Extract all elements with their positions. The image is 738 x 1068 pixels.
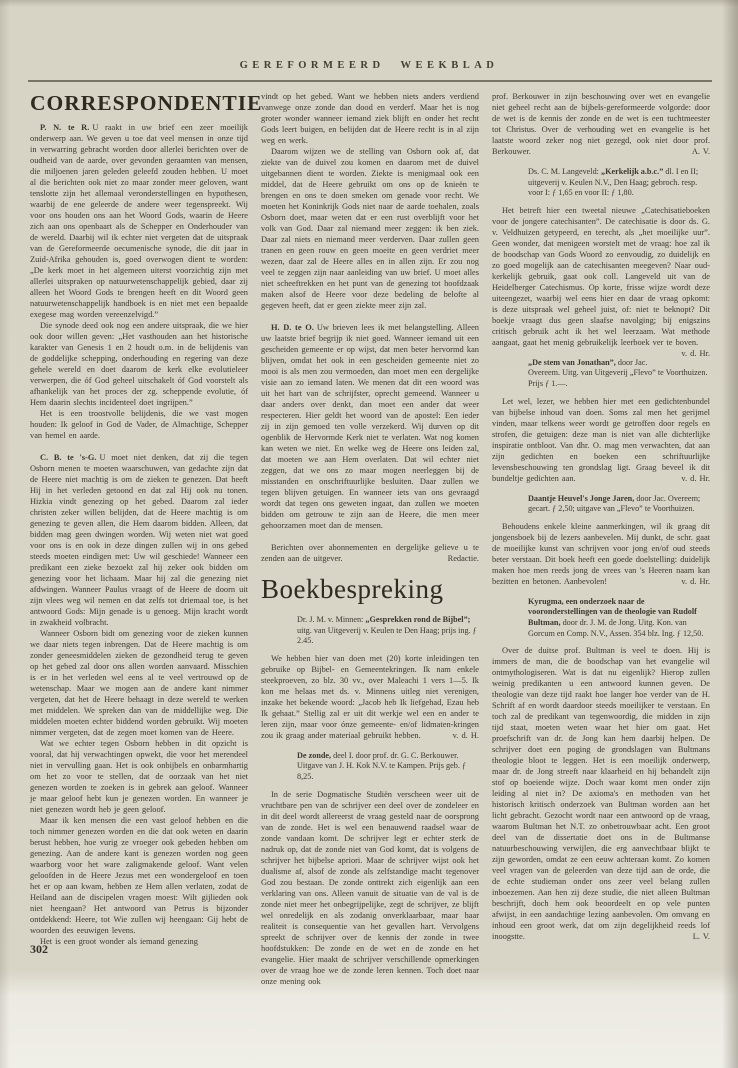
paragraph-text: U moet niet denken, dat zij die tegen Os… [30,453,248,627]
paragraph-text: Daarom wijzen we de stelling van Osborn … [261,147,479,310]
notice-signature: Redactie. [438,553,479,564]
review-header: De zonde, deel I. door prof. dr. G. C. B… [297,751,477,783]
paragraph-text: Die synode deed ook nog een andere uitsp… [30,321,248,407]
paragraph-text: Maar ik ken mensen die een vast geloof h… [30,816,248,935]
review-signature: v. d. Hr. [671,576,710,587]
paragraph-text: prof. Berkouwer in zijn beschouwing over… [492,92,710,156]
correspondence-paragraph: H. D. te O.Uw brieven lees ik met belang… [261,322,479,531]
correspondence-paragraph: Maar ik ken mensen die een vast geloof h… [30,815,248,936]
paragraph-text: We hebben hier van doen met (20) korte i… [261,654,479,740]
review-title: „De stem van Jonathan”, [528,358,616,367]
paragraph-text: Het is een groot wonder als iemand genez… [40,937,198,946]
paragraph-text: Het betreft hier een tweetal nieuwe „Cat… [492,206,710,347]
review-signature: L. V. [683,931,710,942]
correspondence-paragraph: Daarom wijzen we de stelling van Osborn … [261,146,479,311]
review-header: „De stem van Jonathan”, door Jac. Overee… [528,358,708,390]
paragraph-text: In de serie Dogmatische Studiën verschee… [261,790,479,986]
correspondence-paragraph: C. B. te 's-G.U moet niet denken, dat zi… [30,452,248,628]
review-title: Daantje Heuvel's Jonge Jaren, [528,494,634,503]
paragraph-text: Wat we echter tegen Osborn hebben in dit… [30,739,248,814]
review-title: „Gesprekken rond de Bijbel”; [365,615,470,624]
review-signature: v. d. H. [443,730,479,741]
review-header: Dr. J. M. v. Minnen: „Gesprekken rond de… [297,615,477,647]
left-column: CORRESPONDENTIE P. N. te R.U raakt in uw… [30,91,248,947]
masthead-rule [28,80,712,82]
review-author: Dr. J. M. v. Minnen: [297,615,365,624]
paragraph-text: Uw brieven lees ik met belangstelling. A… [261,323,479,530]
review-header: Daantje Heuvel's Jonge Jaren, door Jac. … [528,494,708,515]
correspondence-paragraph: vindt op het gebed. Want we hebben niets… [261,91,479,146]
correspondence-paragraph: Wat we echter tegen Osborn hebben in dit… [30,738,248,815]
magazine-page: GEREFORMEERD WEEKBLAD CORRESPONDENTIE P.… [0,0,738,1068]
review-header: Ds. C. M. Langeveld: „Kerkelijk a.b.c.” … [528,167,708,199]
boekbespreking-heading: Boekbespreking [261,574,479,605]
review-body: We hebben hier van doen met (20) korte i… [261,653,479,741]
correspondent-code: C. B. te 's-G. [40,453,96,462]
review-signature: v. d. Hr. [671,473,710,484]
correspondent-code: H. D. te O. [271,323,314,332]
paragraph-text: Let wel, lezer, we hebben hier met een g… [492,397,710,483]
paragraph-text: U raakt in uw brief een zeer moeilijk on… [30,123,248,319]
correspondence-paragraph: Wanneer Osborn bidt om genezing voor de … [30,628,248,738]
review-publisher: uitg. van Uitgeverij v. Keulen te Den Ha… [297,626,477,646]
paragraph-text: Het is een troostvolle belijdenis, die w… [30,409,248,440]
correspondentie-heading: CORRESPONDENTIE [30,91,248,116]
correspondence-paragraph: Het is een troostvolle belijdenis, die w… [30,408,248,441]
review-title: De zonde, [297,751,331,760]
page-number: 302 [30,942,48,957]
middle-column: vindt op het gebed. Want we hebben niets… [261,91,479,987]
review-title: „Kerkelijk a.b.c.” [601,167,663,176]
columns: CORRESPONDENTIE P. N. te R.U raakt in uw… [30,91,710,987]
review-continuation: prof. Berkouwer in zijn beschouwing over… [492,91,710,157]
right-column: prof. Berkouwer in zijn beschouwing over… [492,91,710,942]
paragraph-text: Wanneer Osborn bidt om genezing voor de … [30,629,248,737]
review-signature: A. V. [692,146,710,157]
paragraph-text: vindt op het gebed. Want we hebben niets… [261,92,479,145]
review-author: Ds. C. M. Langeveld: [528,167,601,176]
editorial-notice: Berichten over abonnementen en dergelijk… [261,542,479,564]
review-body: Let wel, lezer, we hebben hier met een g… [492,396,710,484]
review-header: Kyrugma, een onderzoek naar de vooronder… [528,597,708,639]
masthead-title: GEREFORMEERD WEEKBLAD [0,60,738,71]
review-body: Over de duitse prof. Bultman is veel te … [492,645,710,942]
correspondence-paragraph: P. N. te R.U raakt in uw brief een zeer … [30,122,248,320]
correspondence-paragraph: Die synode deed ook nog een andere uitsp… [30,320,248,408]
correspondence-paragraph: Het is een groot wonder als iemand genez… [30,936,248,947]
paragraph-text: Over de duitse prof. Bultman is veel te … [492,646,710,941]
review-body: Het betreft hier een tweetal nieuwe „Cat… [492,205,710,348]
review-signature: v. d. Hr. [671,348,710,359]
review-body: In de serie Dogmatische Studiën verschee… [261,789,479,987]
review-body: Behoudens enkele kleine aanmerkingen, wi… [492,521,710,587]
correspondent-code: P. N. te R. [40,123,89,132]
